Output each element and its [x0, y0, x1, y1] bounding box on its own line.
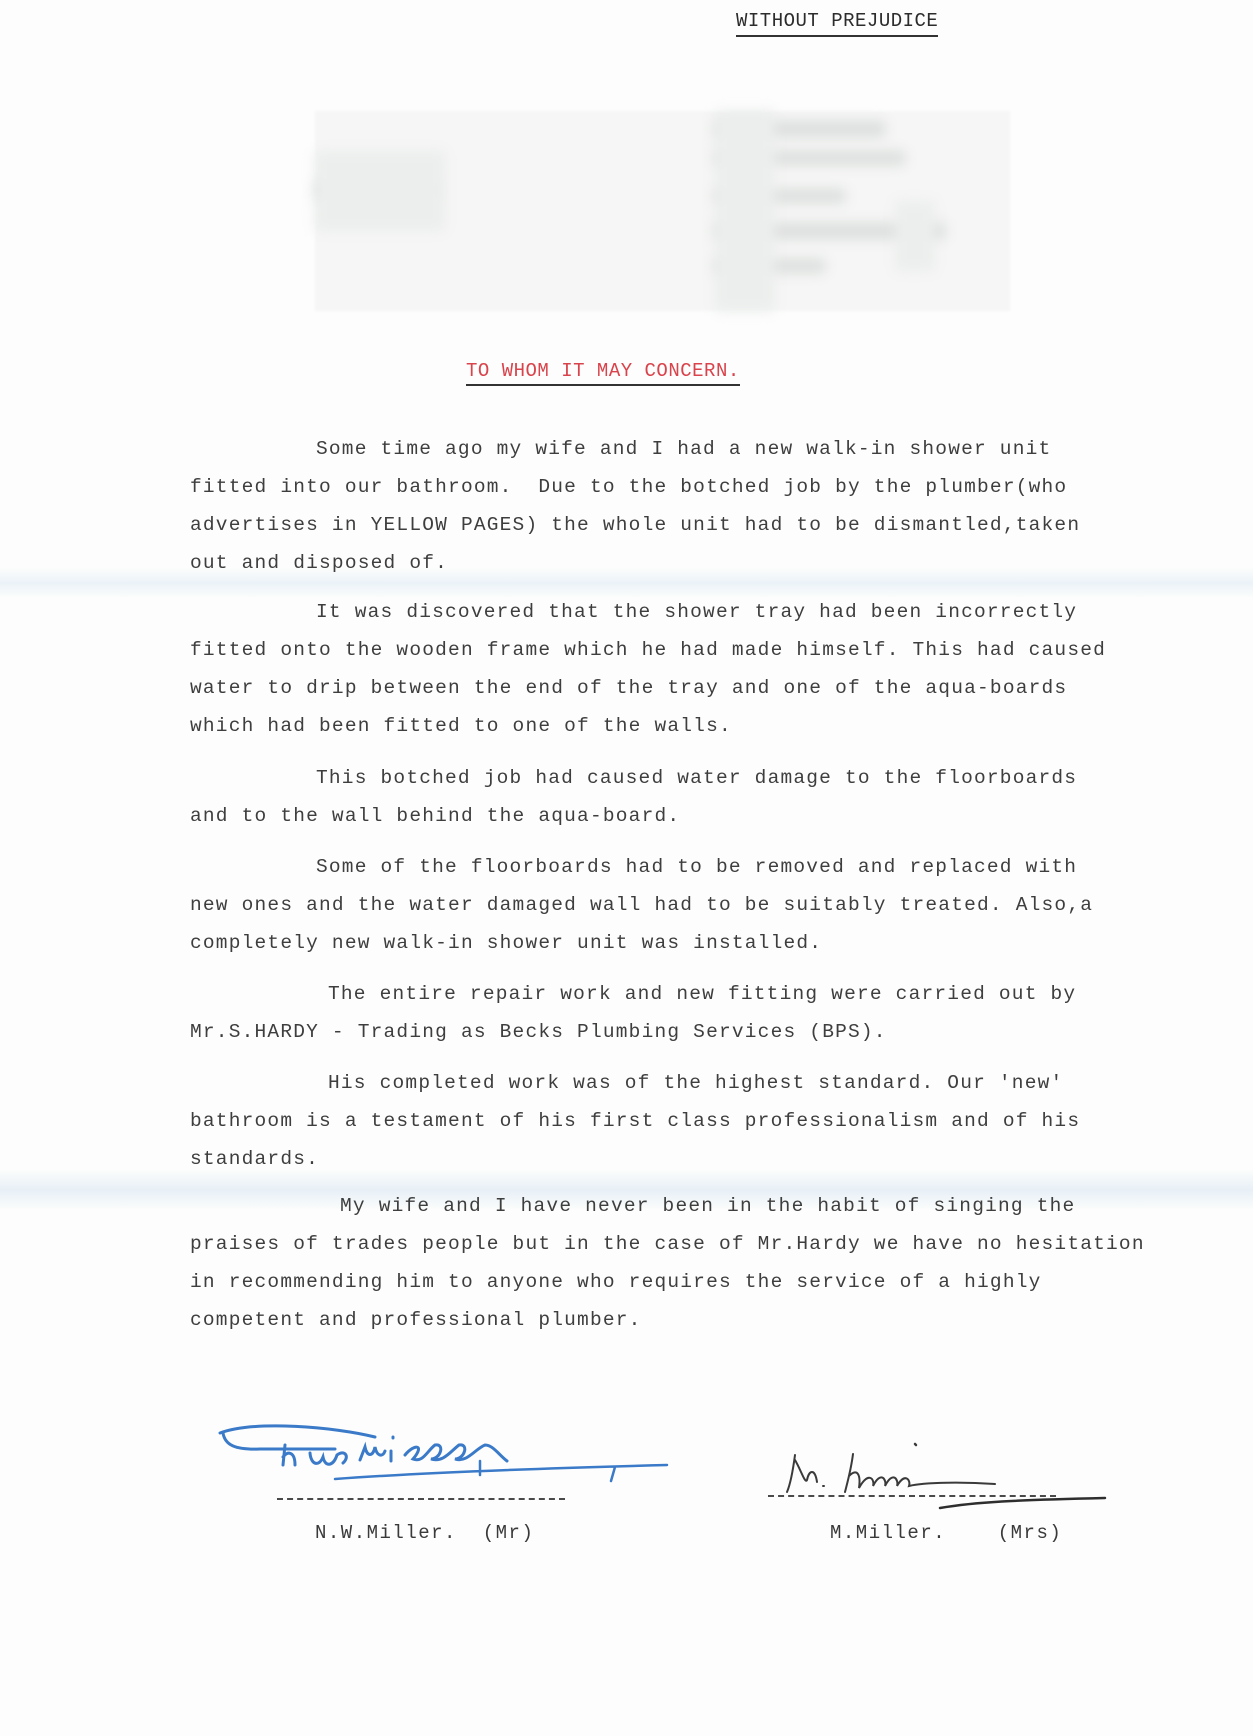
paragraph-line: Mr.S.HARDY - Trading as Becks Plumbing S… — [190, 1013, 1150, 1051]
paragraph-line: Some time ago my wife and I had a new wa… — [190, 430, 1150, 468]
signatory-title: (Mr) — [483, 1522, 535, 1544]
paragraph: This botched job had caused water damage… — [190, 759, 1150, 835]
paragraph-line: in recommending him to anyone who requir… — [190, 1263, 1150, 1301]
signature-nw-miller — [215, 1415, 675, 1495]
paragraph-line: advertises in YELLOW PAGES) the whole un… — [190, 506, 1150, 544]
paragraph-line: new ones and the water damaged wall had … — [190, 886, 1150, 924]
signatory-name: N.W.Miller. — [315, 1522, 457, 1544]
paragraph-line: and to the wall behind the aqua-board. — [190, 797, 1150, 835]
paragraph-line: standards. — [190, 1140, 1150, 1178]
signatory-name: M.Miller. — [830, 1522, 946, 1544]
paragraph: My wife and I have never been in the hab… — [190, 1187, 1150, 1339]
paragraph-line: praises of trades people but in the case… — [190, 1225, 1150, 1263]
paragraph-line: bathroom is a testament of his first cla… — [190, 1102, 1150, 1140]
paragraph: The entire repair work and new fitting w… — [190, 975, 1150, 1051]
redacted-address-block — [315, 111, 1010, 311]
paragraph-line: fitted into our bathroom. Due to the bot… — [190, 468, 1150, 506]
paragraph-line: completely new walk-in shower unit was i… — [190, 924, 1150, 962]
signature-line-mr — [277, 1498, 565, 1500]
signatory-mr: N.W.Miller. (Mr) — [315, 1522, 534, 1544]
paragraph: Some time ago my wife and I had a new wa… — [190, 430, 1150, 582]
paragraph-line: water to drip between the end of the tra… — [190, 669, 1150, 707]
paragraph-line: Some of the floorboards had to be remove… — [190, 848, 1150, 886]
paragraph-line: This botched job had caused water damage… — [190, 759, 1150, 797]
without-prejudice-label: WITHOUT PREJUDICE — [736, 10, 938, 37]
paragraph: It was discovered that the shower tray h… — [190, 593, 1150, 745]
paragraph: Some of the floorboards had to be remove… — [190, 848, 1150, 962]
signature-line-mrs — [768, 1495, 1056, 1497]
paragraph-line: My wife and I have never been in the hab… — [190, 1187, 1150, 1225]
signatory-title: (Mrs) — [998, 1522, 1063, 1544]
letter-heading: TO WHOM IT MAY CONCERN. — [466, 360, 740, 386]
signatory-mrs: M.Miller. (Mrs) — [830, 1522, 1062, 1544]
paragraph-line: It was discovered that the shower tray h… — [190, 593, 1150, 631]
paragraph-line: fitted onto the wooden frame which he ha… — [190, 631, 1150, 669]
paragraph-line: The entire repair work and new fitting w… — [190, 975, 1150, 1013]
paragraph-line: out and disposed of. — [190, 544, 1150, 582]
paragraph-line: competent and professional plumber. — [190, 1301, 1150, 1339]
paragraph: His completed work was of the highest st… — [190, 1064, 1150, 1178]
signature-m-miller — [765, 1440, 1115, 1510]
paragraph-line: which had been fitted to one of the wall… — [190, 707, 1150, 745]
paragraph-line: His completed work was of the highest st… — [190, 1064, 1150, 1102]
